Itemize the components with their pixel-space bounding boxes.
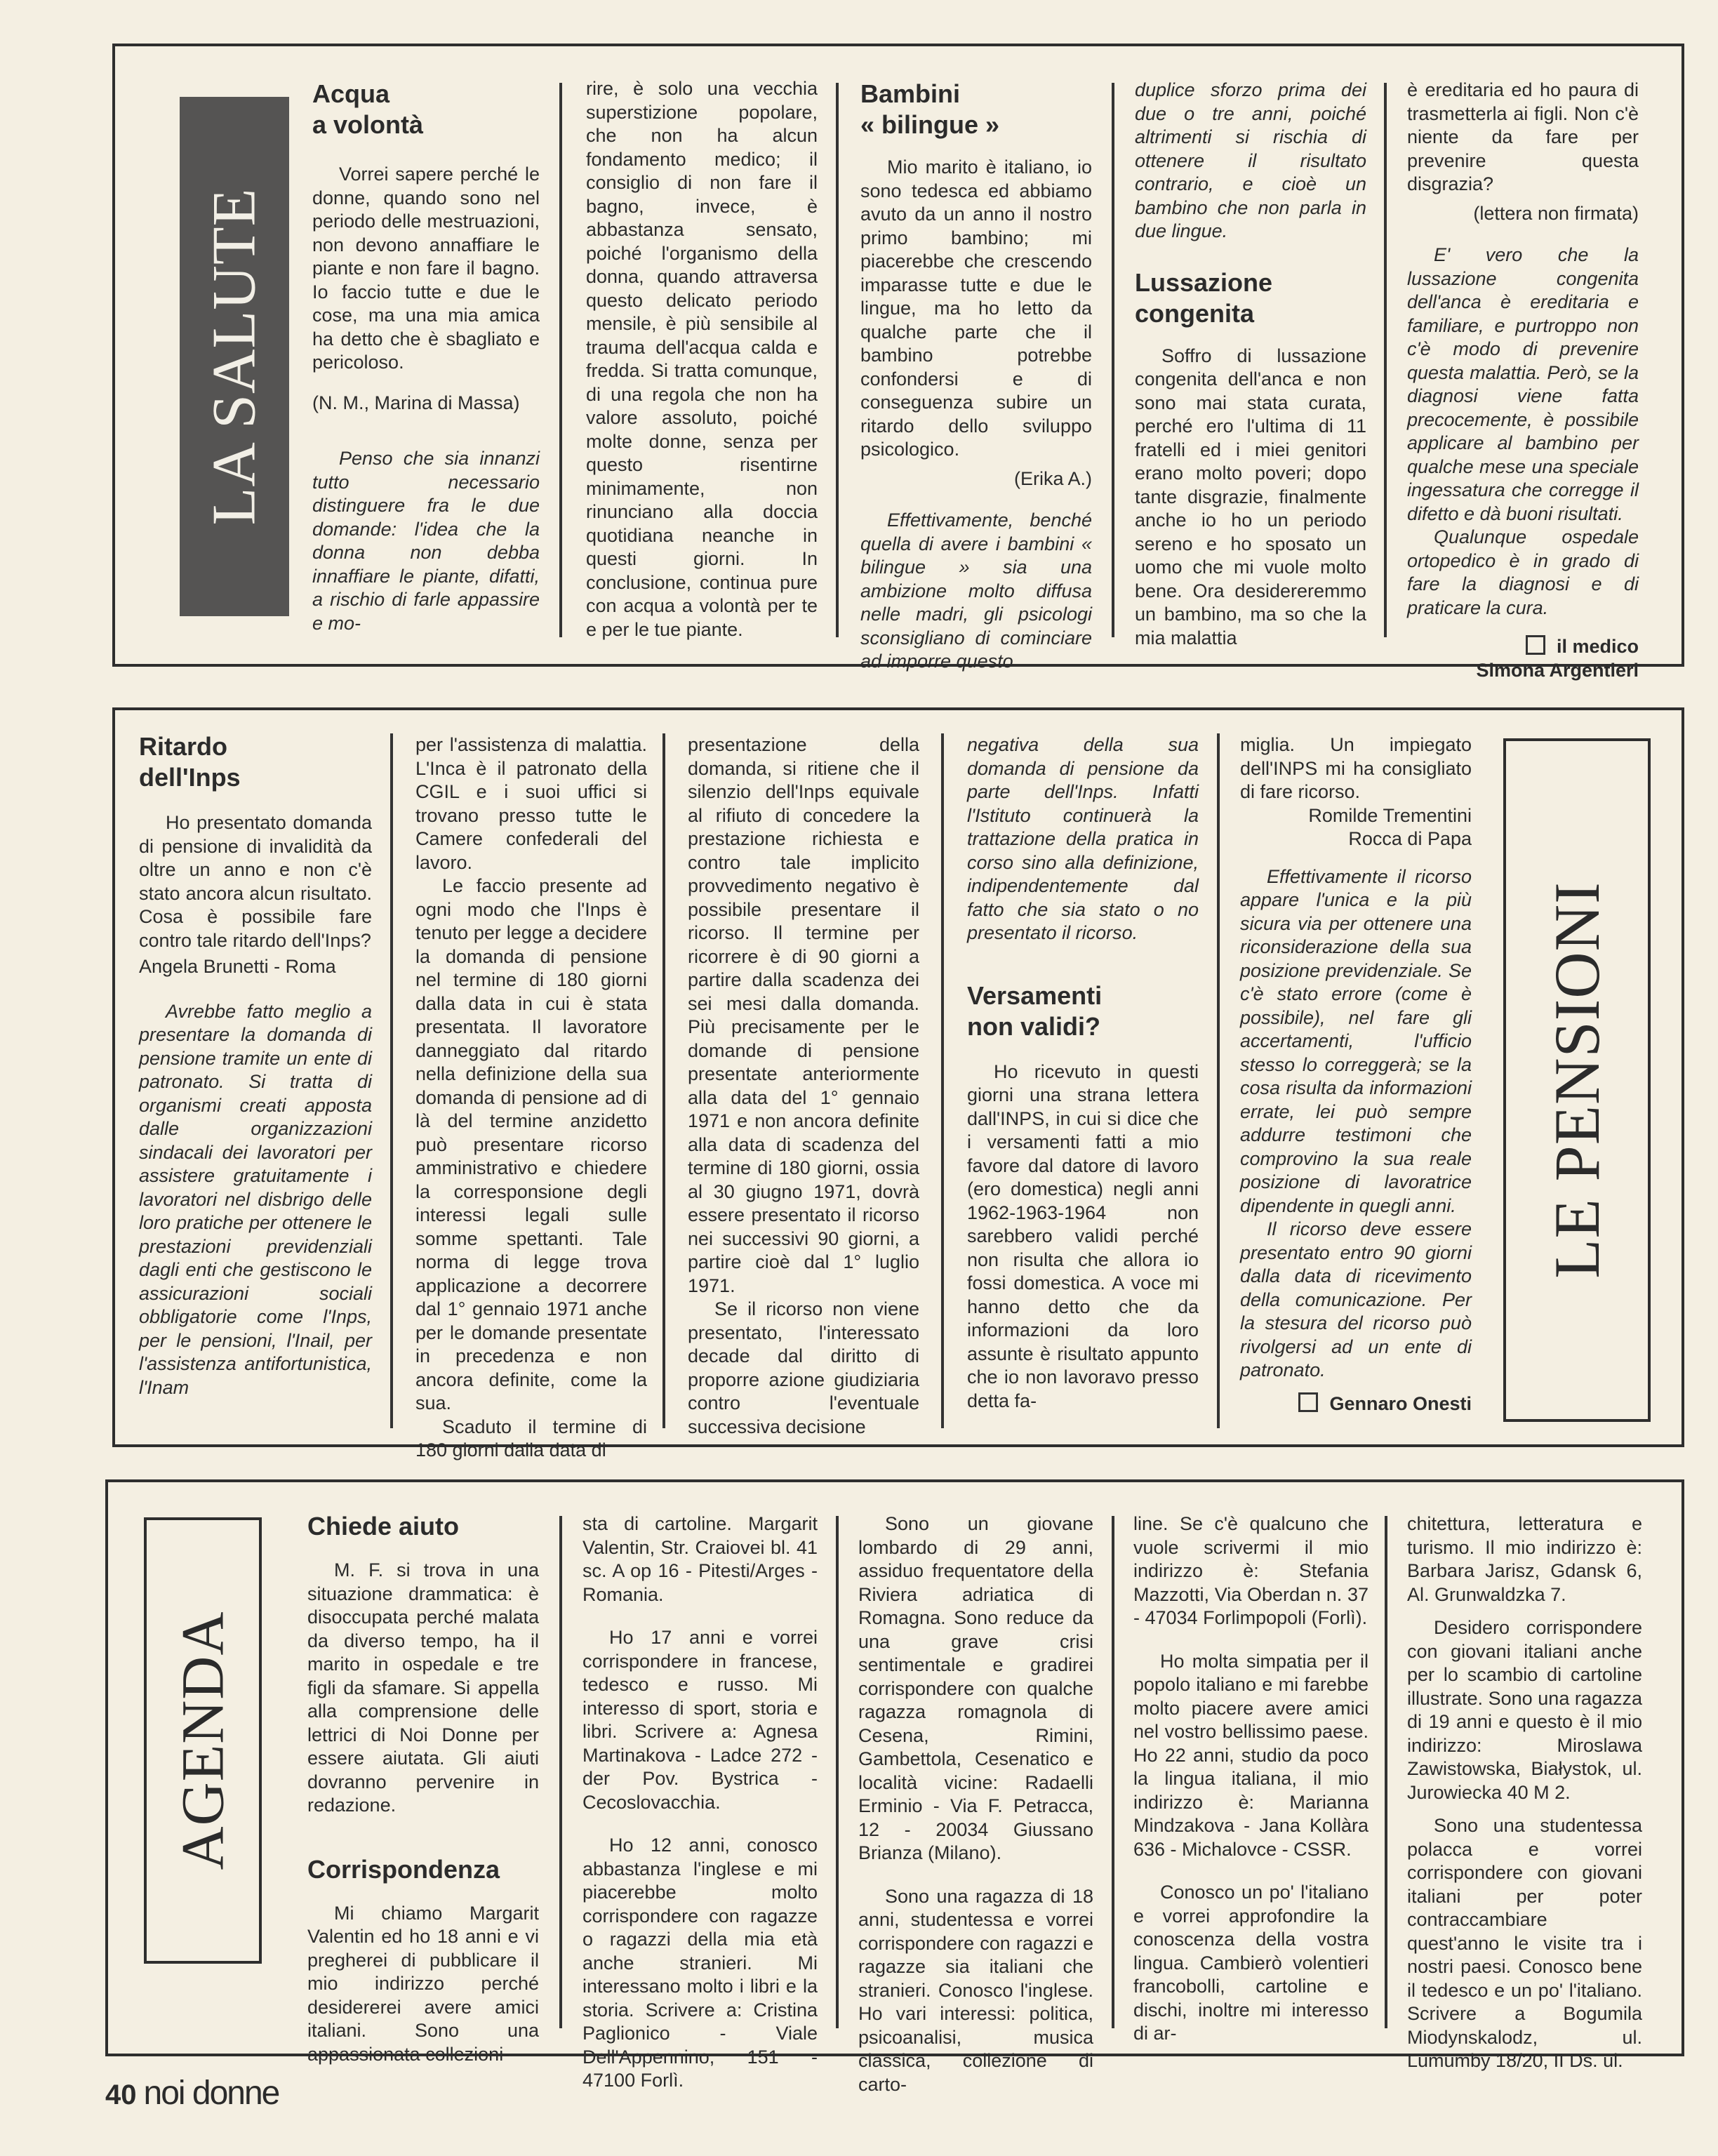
letter-text: Soffro di lussazione congenita dell'anca… <box>1135 345 1366 651</box>
article-text: line. Se c'è qualcuno che vuole scriverm… <box>1133 1512 1369 1630</box>
letter-text: Ho ricevuto in questi giorni una strana … <box>967 1060 1199 1413</box>
section-label-le-pensioni: LE PENSIONI <box>1503 738 1651 1422</box>
letter-signature: (Erika A.) <box>860 467 1092 491</box>
article-text: sta di cartoline. Margarit Valentin, Str… <box>582 1512 818 1606</box>
column-divider <box>1112 1516 1114 2028</box>
article-versamenti-col1: negativa della sua domanda di pensione d… <box>967 733 1199 1413</box>
article-title: Chiede aiuto <box>307 1511 539 1542</box>
reply-text: per l'assistenza di malattia. L'Inca è i… <box>415 733 647 874</box>
reply-text: Il ricorso deve essere presentato entro … <box>1240 1218 1472 1383</box>
article-acqua-col2: rire, è solo una vecchia superstizione p… <box>586 77 818 641</box>
column-divider <box>1217 733 1220 1428</box>
section-label-text: AGENDA <box>173 1611 233 1870</box>
reply-text: Qualunque ospedale ortopedico è in grado… <box>1407 526 1639 620</box>
title-line: Ritardo <box>139 731 372 762</box>
agenda-col4: line. Se c'è qualcuno che vuole scriverm… <box>1133 1512 1369 2046</box>
article-text: Sono una ragazza di 18 anni, studentessa… <box>858 1885 1093 2097</box>
letter-signature: Angela Brunetti - Roma <box>139 955 372 979</box>
title-line: congenita <box>1135 298 1366 329</box>
reply-text: Le faccio presente ad ogni modo che l'In… <box>415 874 647 1416</box>
article-versamenti-col2: miglia. Un impiegato dell'INPS mi ha con… <box>1240 733 1472 1416</box>
title-line: Versamenti <box>967 980 1199 1011</box>
title-line: Bambini <box>860 79 1092 109</box>
title-line: « bilingue » <box>860 109 1092 140</box>
article-title: Ritardo dell'Inps <box>139 731 372 793</box>
reply-text: Effettivamente, benché quella di avere i… <box>860 509 1092 674</box>
column-divider <box>390 733 393 1428</box>
column-divider <box>1112 83 1114 637</box>
column-divider <box>836 83 839 637</box>
article-bambini: Bambini « bilingue » Mio marito è italia… <box>860 79 1092 674</box>
reply-text: rire, è solo una vecchia superstizione p… <box>586 77 818 641</box>
article-text: Sono una studentessa polacca e vorrei co… <box>1407 1814 1642 2073</box>
square-bullet-icon <box>1298 1392 1318 1412</box>
reply-text: Avrebbe fatto meglio a presentare la dom… <box>139 1000 372 1400</box>
letter-text: Ho presentato domanda di pensione di inv… <box>139 811 372 952</box>
article-title: Bambini « bilingue » <box>860 79 1092 140</box>
reply-text: Se il ricorso non viene presentato, l'in… <box>688 1298 919 1439</box>
reply-text: E' vero che la lussazione congenita dell… <box>1407 244 1639 526</box>
column-divider <box>559 83 562 637</box>
article-text: Ho 12 anni, conosco abbastanza l'inglese… <box>582 1834 818 2093</box>
article-ritardo-col3: presentazione della domanda, si ritiene … <box>688 733 919 1439</box>
letter-text: Vorrei sapere perché le donne, quando so… <box>312 163 540 375</box>
byline: Gennaro Onesti <box>1240 1392 1472 1416</box>
agenda-col5: chitettura, letteratura e turismo. Il mi… <box>1407 1512 1642 2073</box>
byline-name: Simona Argentieri <box>1407 659 1639 683</box>
article-text: M. F. si trova in una situazione drammat… <box>307 1559 539 1818</box>
article-text: Sono un giovane lombardo di 29 anni, ass… <box>858 1512 1093 1865</box>
title-line: non validi? <box>967 1011 1199 1042</box>
agenda-col3: Sono un giovane lombardo di 29 anni, ass… <box>858 1512 1093 2096</box>
letter-signature: (lettera non firmata) <box>1407 202 1639 226</box>
section-label-agenda: AGENDA <box>144 1517 262 1964</box>
title-line: dell'Inps <box>139 762 372 793</box>
title-line: Lussazione <box>1135 267 1366 298</box>
letter-text: miglia. Un impiegato dell'INPS mi ha con… <box>1240 733 1472 804</box>
article-title: Lussazione congenita <box>1135 267 1366 329</box>
section-label-la-salute: LA SALUTE <box>180 97 289 616</box>
column-divider <box>662 733 665 1428</box>
article-ritardo-col1: Ritardo dell'Inps Ho presentato domanda … <box>139 731 372 1399</box>
letter-signature: (N. M., Marina di Massa) <box>312 392 540 415</box>
article-ritardo-col2: per l'assistenza di malattia. L'Inca è i… <box>415 733 647 1463</box>
article-text: Mi chiamo Margarit Valentin ed ho 18 ann… <box>307 1902 539 2067</box>
byline-role: il medico <box>1407 635 1639 659</box>
title-line: a volontà <box>312 109 540 140</box>
article-title: Versamenti non validi? <box>967 980 1199 1042</box>
letter-signature-name: Romilde Trementini <box>1240 804 1472 828</box>
article-text: chitettura, letteratura e turismo. Il mi… <box>1407 1512 1642 1606</box>
letter-text: Mio marito è italiano, io sono tedesca e… <box>860 156 1092 462</box>
column-divider <box>941 733 944 1428</box>
page-footer: 40noi donne <box>105 2074 279 2112</box>
article-text: Ho 17 anni e vorrei corrispondere in fra… <box>582 1626 818 1814</box>
square-bullet-icon <box>1526 635 1545 655</box>
agenda-col2: sta di cartoline. Margarit Valentin, Str… <box>582 1512 818 2093</box>
reply-text: Effettivamente il ricorso appare l'unica… <box>1240 865 1472 1218</box>
article-text: Conosco un po' l'italiano e vorrei appro… <box>1133 1881 1369 2046</box>
column-divider <box>836 1516 839 2028</box>
reply-text: presentazione della domanda, si ritiene … <box>688 733 919 1298</box>
column-divider <box>1385 1516 1387 2028</box>
article-title: Corrispondenza <box>307 1854 539 1885</box>
byline-role-text: il medico <box>1557 636 1639 657</box>
article-lussazione-col1: duplice sforzo prima dei due o tre anni,… <box>1135 79 1366 650</box>
article-acqua-col1: Acqua a volontà Vorrei sapere perché le … <box>312 79 540 635</box>
reply-text: Scaduto il termine di 180 giorni dalla d… <box>415 1416 647 1463</box>
page-number: 40 <box>105 2080 137 2110</box>
section-label-text: LE PENSIONI <box>1545 881 1609 1279</box>
article-title: Acqua a volontà <box>312 79 540 140</box>
section-label-text: LA SALUTE <box>204 188 265 526</box>
reply-text: duplice sforzo prima dei due o tre anni,… <box>1135 79 1366 244</box>
letter-text: è ereditaria ed ho paura di trasmetterla… <box>1407 79 1639 197</box>
agenda-col1: Chiede aiuto M. F. si trova in una situa… <box>307 1511 539 2066</box>
byline-name: Gennaro Onesti <box>1329 1393 1472 1414</box>
reply-text: Penso che sia innanzi tutto necessario d… <box>312 447 540 635</box>
column-divider <box>1384 83 1387 637</box>
letter-signature-place: Rocca di Papa <box>1240 827 1472 851</box>
article-text: Desidero corrispondere con giovani itali… <box>1407 1616 1642 1804</box>
title-line: Acqua <box>312 79 540 109</box>
magazine-name: noi donne <box>144 2075 279 2112</box>
article-lussazione-col2: è ereditaria ed ho paura di trasmetterla… <box>1407 79 1639 682</box>
article-text: Ho molta simpatia per il popolo italiano… <box>1133 1650 1369 1862</box>
column-divider <box>559 1516 562 2028</box>
reply-text: negativa della sua domanda di pensione d… <box>967 733 1199 945</box>
